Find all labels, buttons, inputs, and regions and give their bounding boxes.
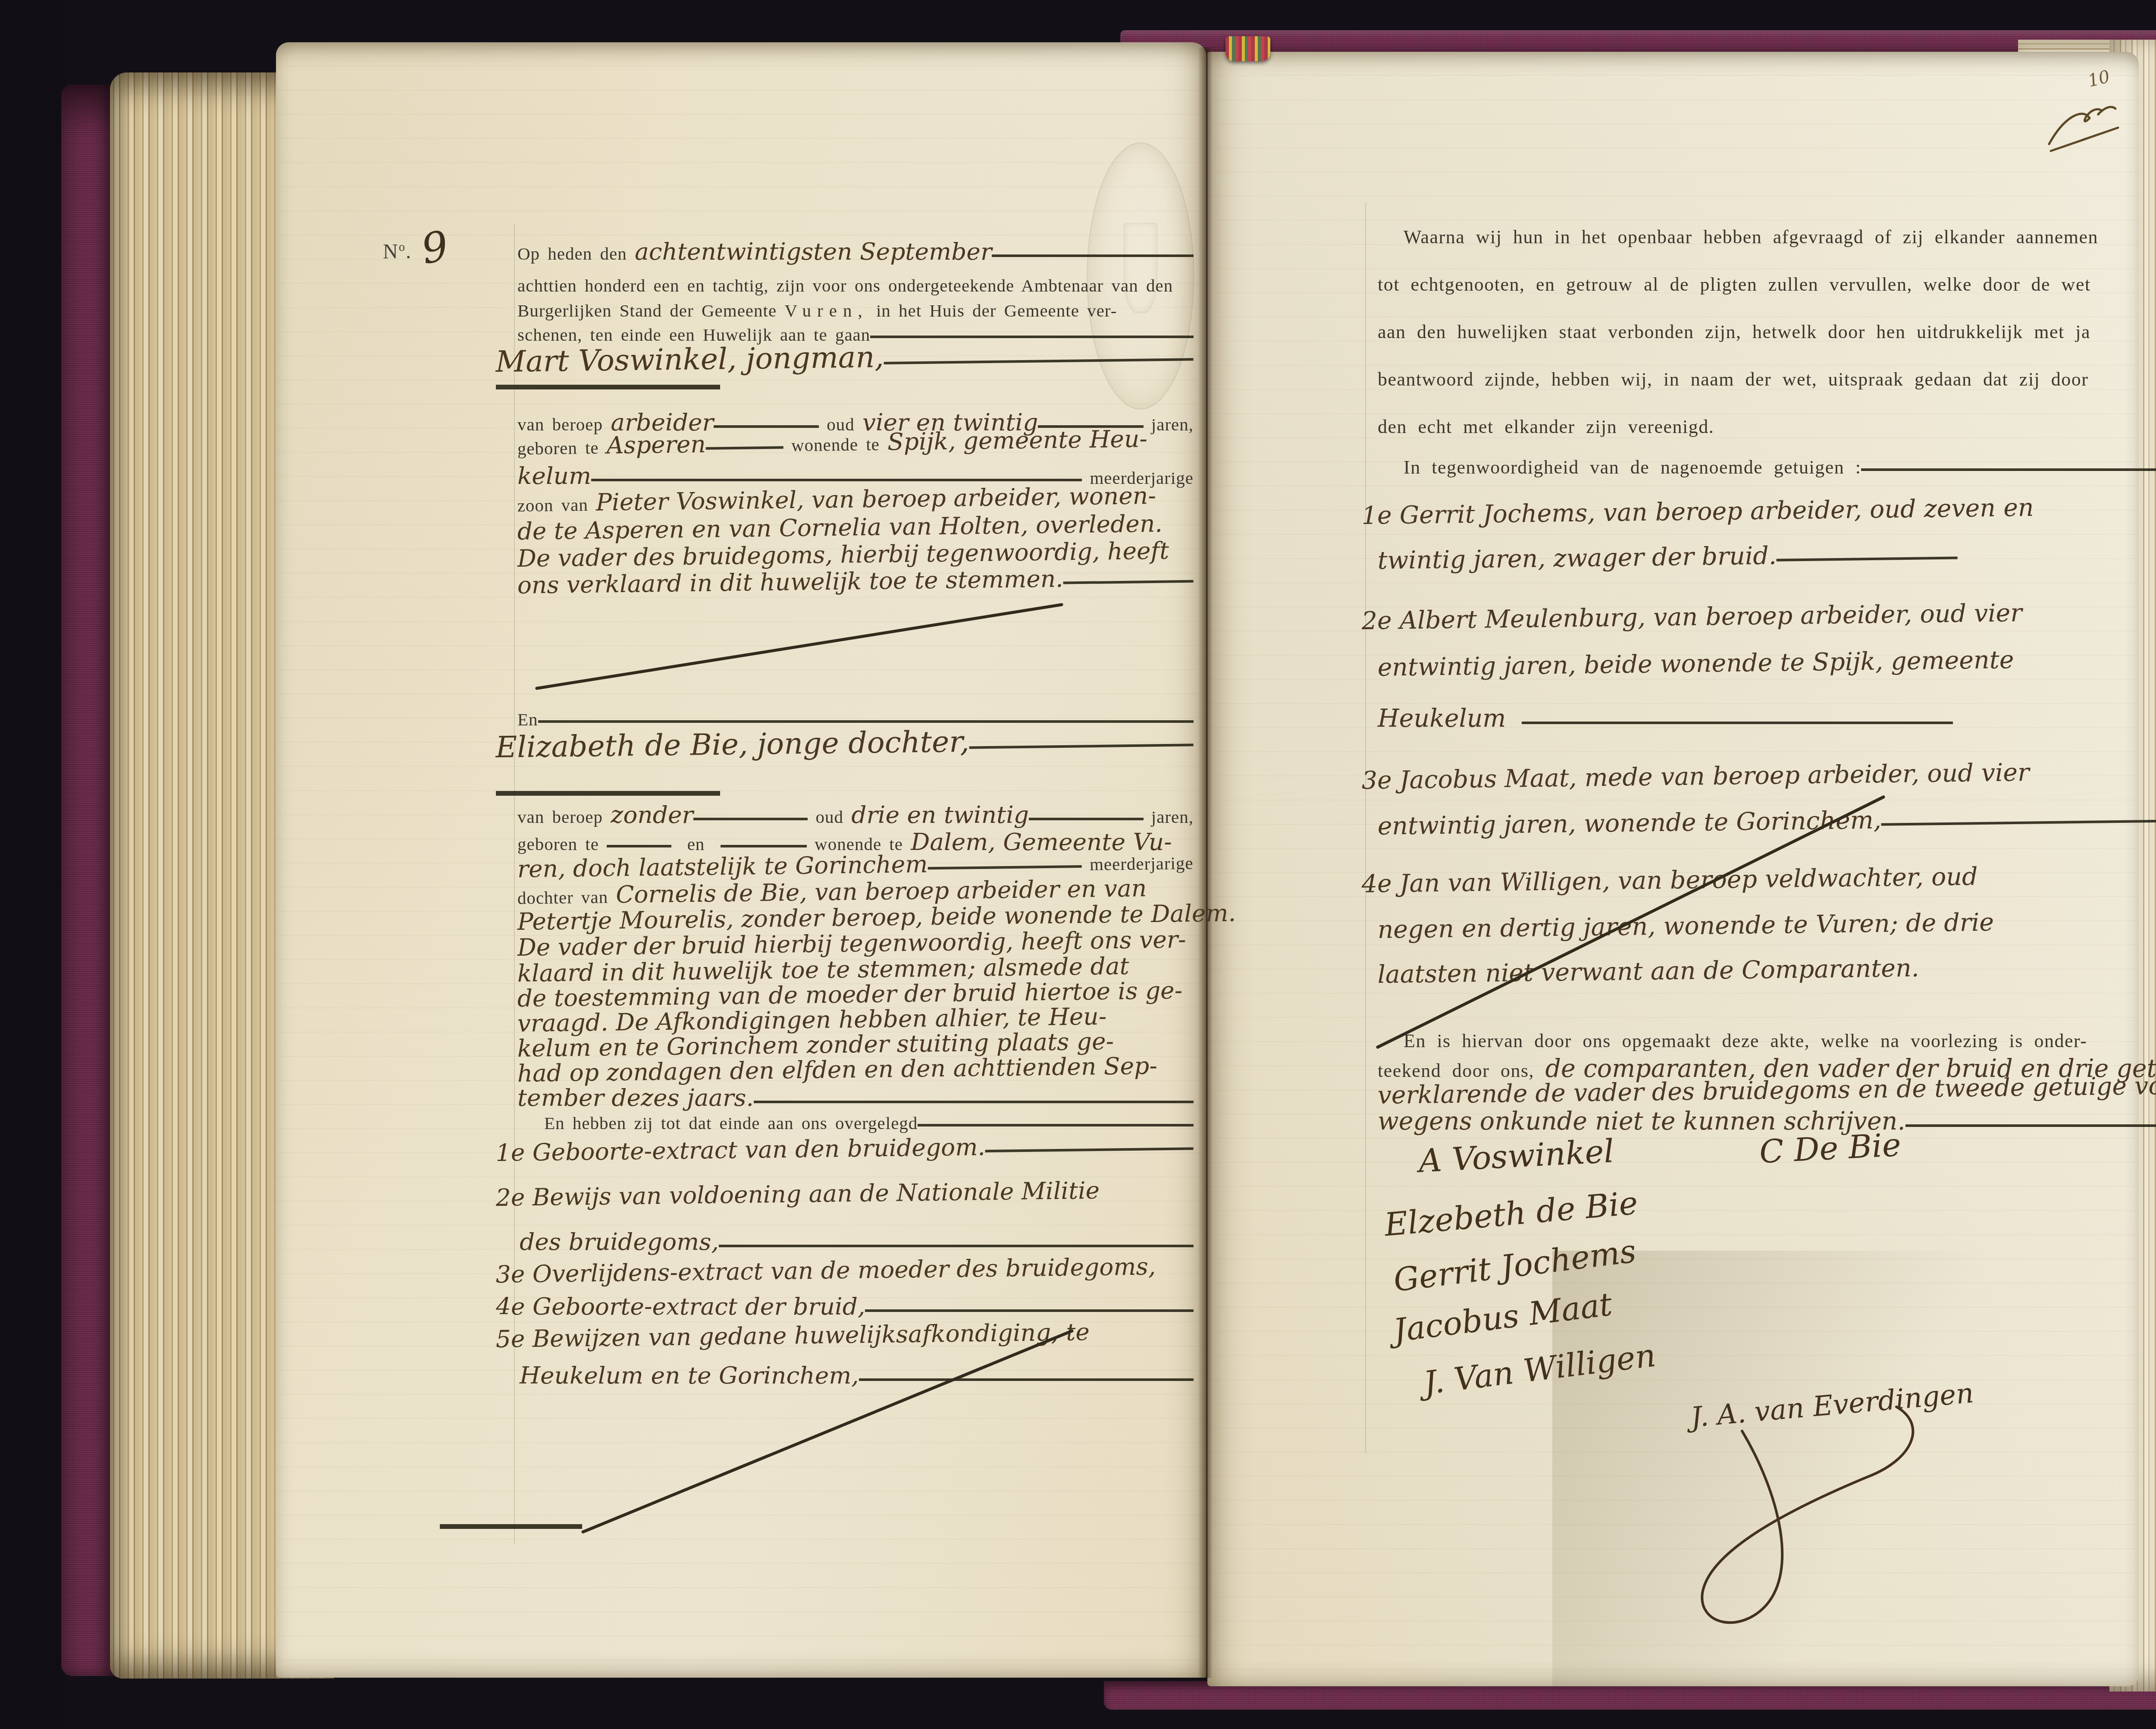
signature: Elzebeth de Bie — [1383, 1184, 1639, 1243]
signature: J. Van Willigen — [1422, 1337, 1658, 1402]
signature: A Voswinkel — [1418, 1133, 1615, 1180]
signatures-block: A VoswinkelC De BieElzebeth de BieGerrit… — [0, 0, 2156, 1729]
signature: C De Bie — [1758, 1126, 1902, 1170]
signature: J. A. van Everdingen — [1689, 1377, 1975, 1434]
book-photo: No. 9 10 Op heden den achtentwintigsten … — [0, 0, 2156, 1729]
